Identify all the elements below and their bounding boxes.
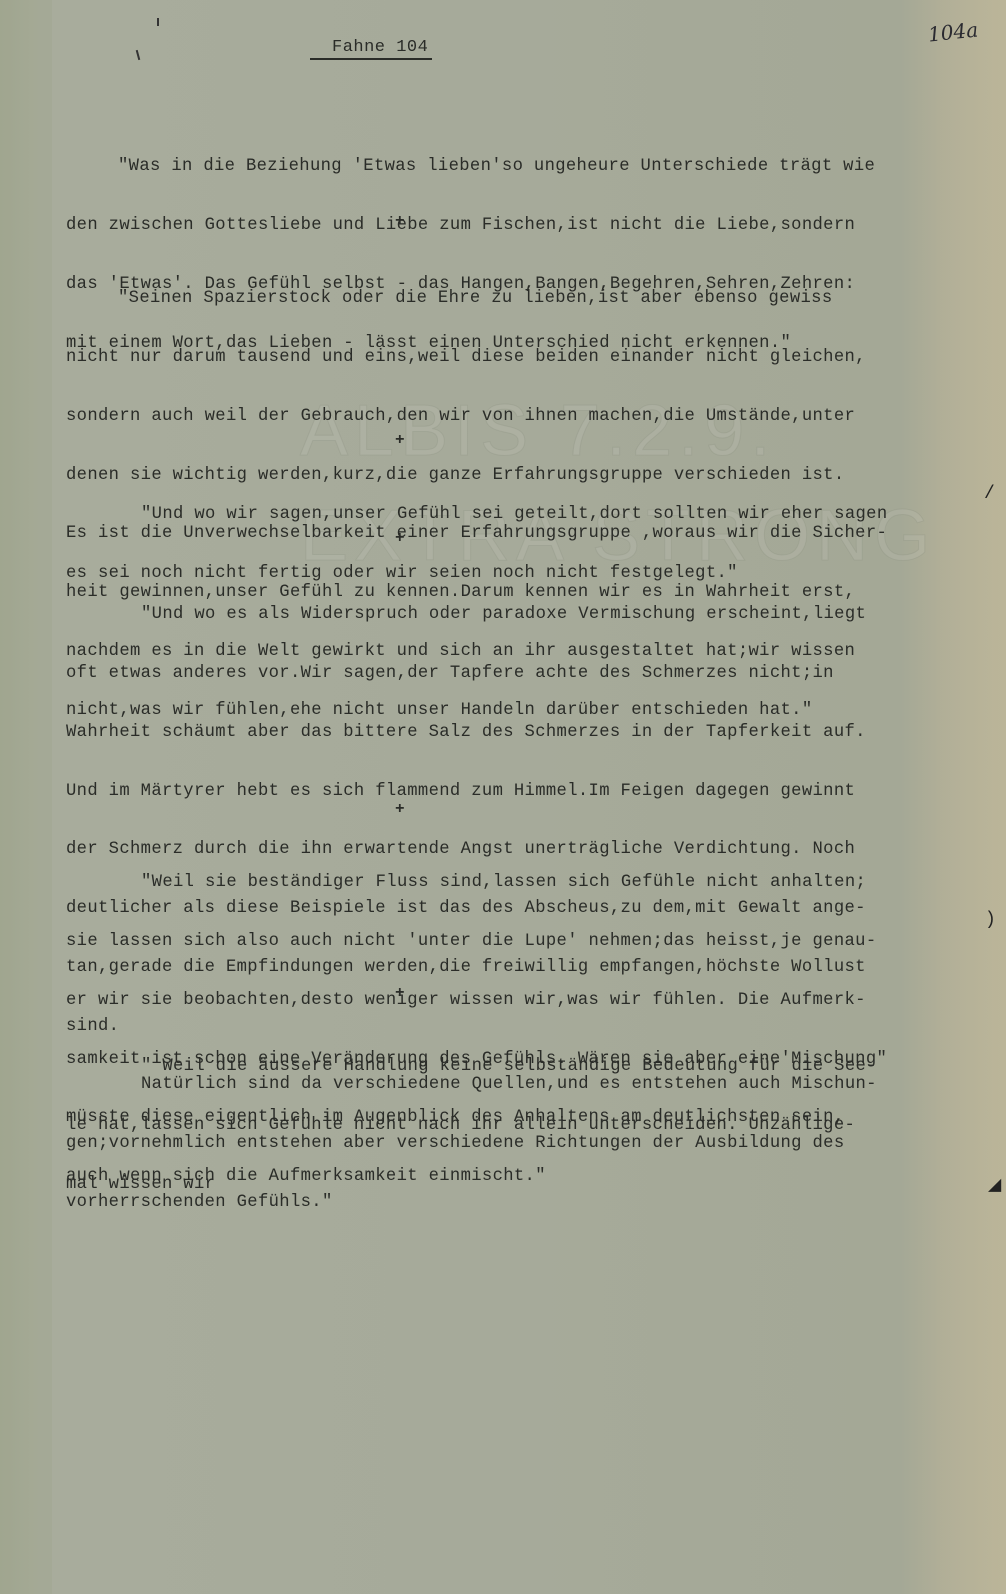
document-page: ALBIS 7.2.9. EXTRA STRONG 104a Fahne 104… — [0, 0, 1006, 1594]
text-line: oft etwas anderes vor.Wir sagen,der Tapf… — [66, 664, 986, 684]
section-separator: + — [395, 212, 405, 230]
text-line: Wahrheit schäumt aber das bittere Salz d… — [66, 723, 986, 743]
text-line: "Und wo es als Widerspruch oder paradoxe… — [66, 605, 986, 625]
text-line: er wir sie beobachten,desto weniger wiss… — [66, 991, 986, 1011]
margin-tick — [157, 18, 159, 26]
paper-edge-left — [0, 0, 52, 1594]
margin-annotation: / — [984, 484, 995, 504]
margin-annotation: ) — [985, 910, 996, 930]
text-line: "Und wo wir sagen,unser Gefühl sei getei… — [66, 505, 986, 525]
text-line: den zwischen Gottesliebe und Liebe zum F… — [66, 216, 986, 236]
margin-tick — [136, 50, 141, 60]
section-separator: + — [395, 800, 405, 818]
document-header: Fahne 104 — [310, 38, 432, 60]
text-line: "Was in die Beziehung 'Etwas lieben'so u… — [66, 157, 986, 177]
text-line: mal wissen wir — [66, 1175, 986, 1195]
text-line: "Seinen Spazierstock oder die Ehre zu li… — [66, 289, 986, 309]
text-line: sie lassen sich also auch nicht 'unter d… — [66, 932, 986, 952]
section-separator: + — [395, 984, 405, 1002]
text-line: " Weil die äussere Handlung keine selbst… — [66, 1057, 986, 1077]
edge-tear-mark: ◢ — [988, 1172, 1001, 1198]
paragraph-6: " Weil die äussere Handlung keine selbst… — [66, 1018, 986, 1234]
text-line: Und im Märtyrer hebt es sich flammend zu… — [66, 782, 986, 802]
text-line: nicht nur darum tausend und eins,weil di… — [66, 348, 986, 368]
section-separator: + — [395, 431, 405, 449]
text-line: "Weil sie beständiger Fluss sind,lassen … — [66, 873, 986, 893]
text-line: le hat,lassen sich Gefühle nicht nach ih… — [66, 1116, 986, 1136]
section-separator: + — [395, 529, 405, 547]
text-line: sondern auch weil der Gebrauch,den wir v… — [66, 407, 986, 427]
